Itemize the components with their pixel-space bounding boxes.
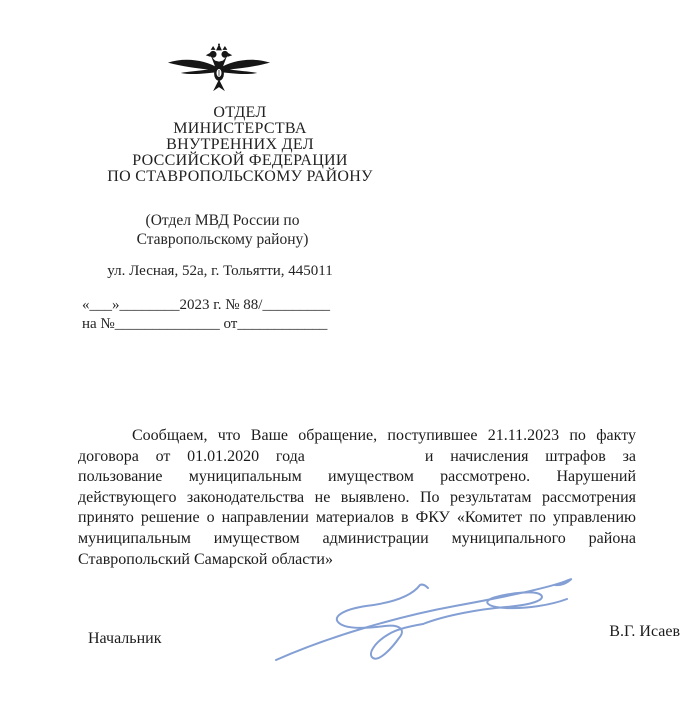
body-line-4: действующего законодательства не выявлен… <box>78 488 636 509</box>
org-line-3: ВНУТРЕННИХ ДЕЛ <box>75 137 405 153</box>
signer-name: В.Г. Исаев <box>609 623 680 641</box>
body-line-3: пользование муниципальным имуществом рас… <box>78 467 636 488</box>
letter-body: Сообщаем, что Ваше обращение, поступивше… <box>78 426 636 570</box>
org-short-line-1: (Отдел МВД России по <box>60 212 385 231</box>
signer-position-title: Начальник <box>88 630 161 648</box>
letterhead-org-short-name: (Отдел МВД России по Ставропольскому рай… <box>60 212 385 249</box>
body-line-1: Сообщаем, что Ваше обращение, поступивше… <box>78 426 636 447</box>
signature-ink <box>270 568 590 673</box>
incoming-reference-line: на №______________ от____________ <box>82 315 382 334</box>
body-line-6: муниципальным имуществом администрации м… <box>78 529 636 550</box>
org-line-5: ПО СТАВРОПОЛЬСКОМУ РАЙОНУ <box>75 169 405 185</box>
scanned-letter-page: ОТДЕЛ МИНИСТЕРСТВА ВНУТРЕННИХ ДЕЛ РОССИЙ… <box>0 0 700 714</box>
mvd-double-headed-eagle-icon <box>162 43 276 97</box>
org-line-1: ОТДЕЛ <box>75 105 405 121</box>
body-line-2-right: и начисления штрафов за <box>425 448 636 465</box>
org-line-2: МИНИСТЕРСТВА <box>75 121 405 137</box>
body-line-2-left: договора от 01.01.2020 года <box>78 448 305 465</box>
org-short-line-2: Ставропольскому району) <box>60 231 385 250</box>
body-line-2: договора от 01.01.2020 годаи начисления … <box>78 447 636 468</box>
letterhead-address: ул. Лесная, 52а, г. Тольятти, 445011 <box>60 263 380 280</box>
reference-block: «___»________2023 г. № 88/_________ на №… <box>82 296 382 334</box>
org-line-4: РОССИЙСКОЙ ФЕДЕРАЦИИ <box>75 153 405 169</box>
body-line-5: принято решение о направлении материалов… <box>78 508 636 529</box>
letterhead-org-name: ОТДЕЛ МИНИСТЕРСТВА ВНУТРЕННИХ ДЕЛ РОССИЙ… <box>75 105 405 185</box>
date-number-line: «___»________2023 г. № 88/_________ <box>82 296 382 315</box>
